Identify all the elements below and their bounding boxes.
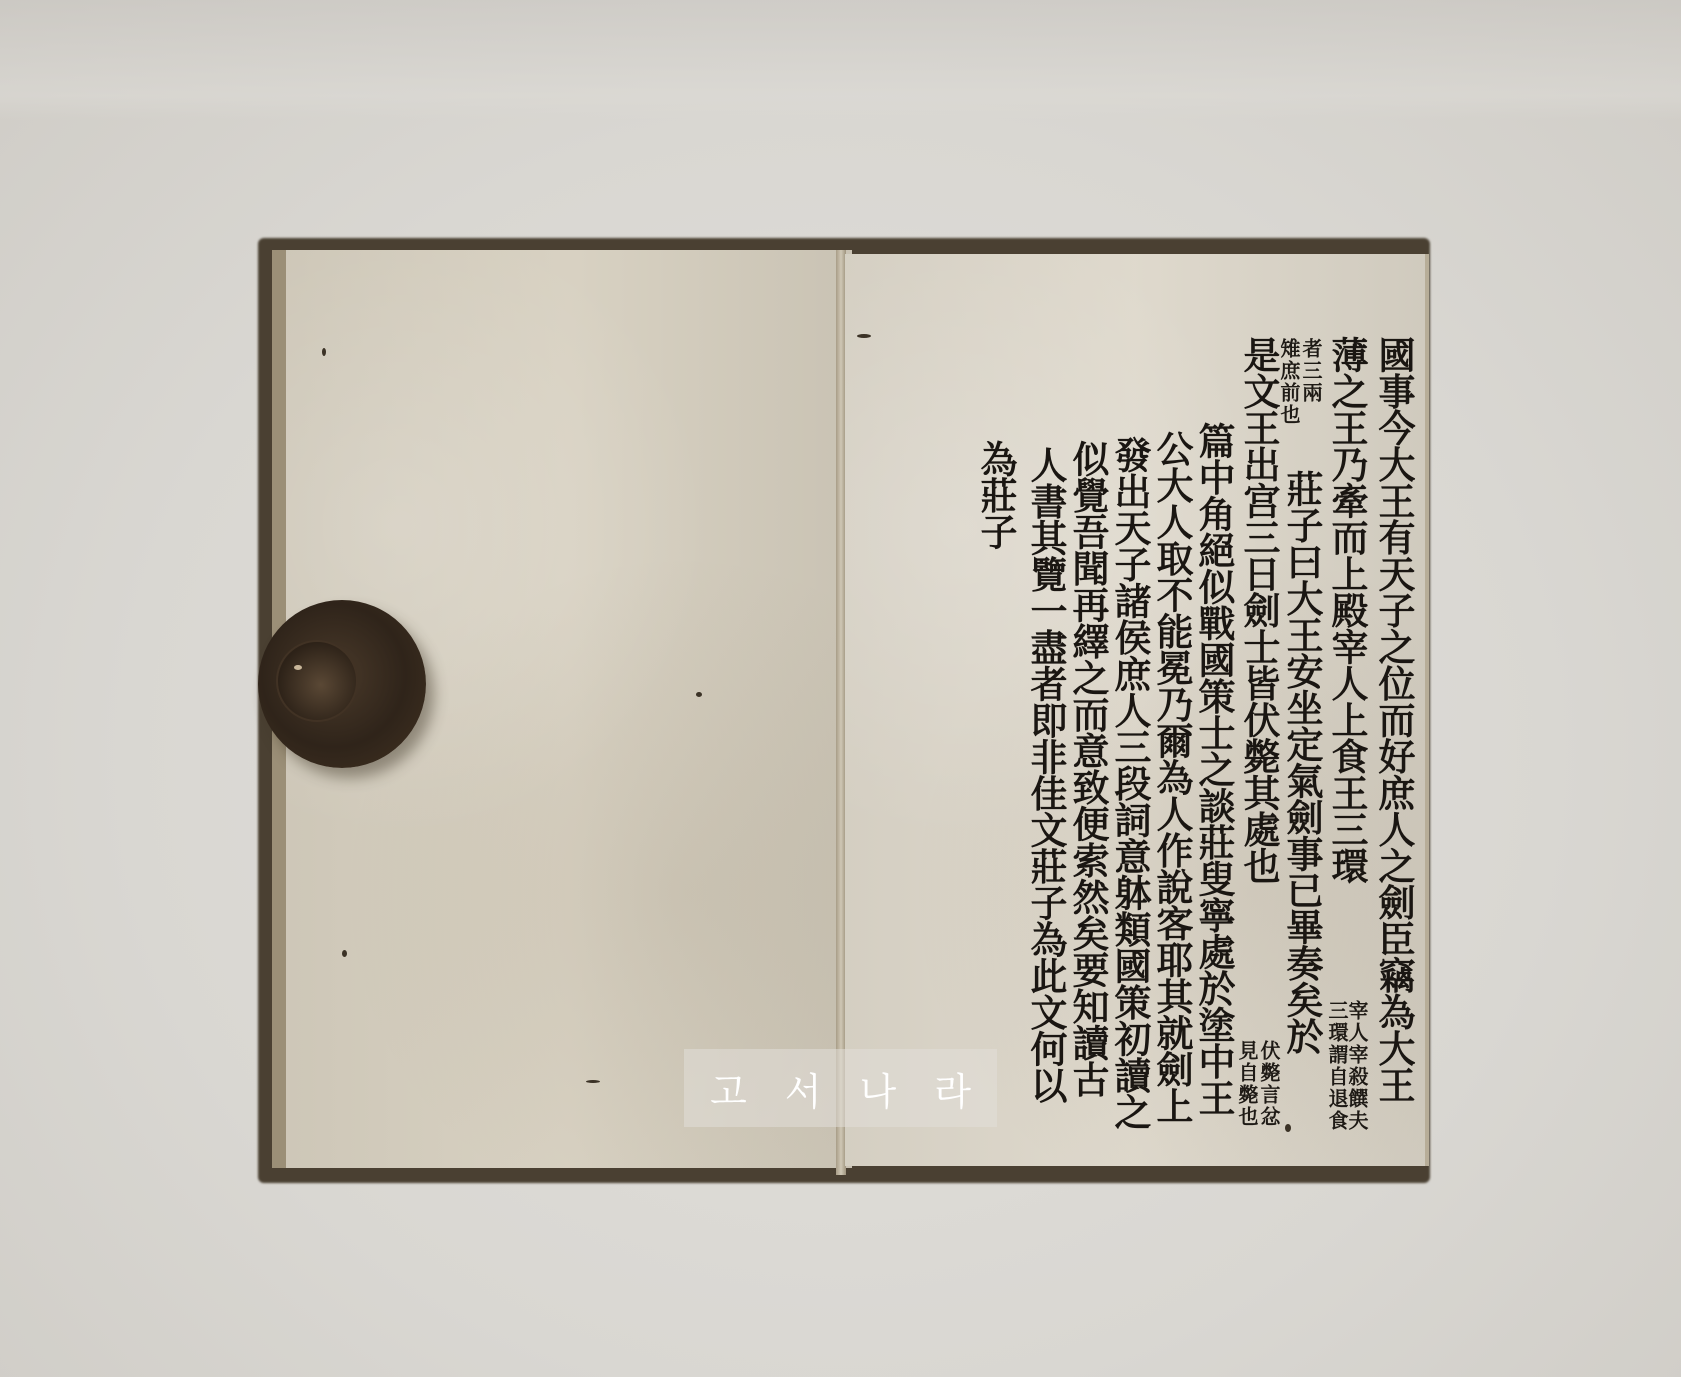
text-column-2: 薄之王乃牽而上殿宰人上食王三環	[1325, 336, 1369, 884]
annotation-2a: 宰人宰殺饌夫	[1346, 1000, 1368, 1132]
paper-speck	[1285, 1124, 1291, 1132]
watermark-text: 고서나라	[710, 1061, 1009, 1116]
annotation-4b: 見自斃也	[1236, 1040, 1258, 1128]
text-column-9: 人書其覽一盡者即非佳文莊子為此文何以	[1024, 446, 1068, 1103]
text-column-5: 篇中角絕似戰國策士之談莊叟寧處於塗中王	[1192, 422, 1236, 1116]
watermark: 고서나라	[684, 1049, 997, 1127]
text-column-3: 莊子曰大王安坐定氣劍事已畢奏矣於	[1280, 470, 1324, 1054]
paper-speck	[696, 692, 702, 697]
paper-speck	[586, 1080, 600, 1083]
annotation-4a: 伏斃言忿	[1258, 1040, 1280, 1128]
brass-book-weight	[258, 600, 426, 768]
weight-highlight	[294, 665, 302, 670]
annotation-3b: 雉庶前也	[1278, 338, 1300, 426]
annotation-3a: 者三兩	[1300, 338, 1322, 404]
paper-speck	[322, 348, 326, 356]
annotation-2b: 三環謂自退食	[1326, 1000, 1348, 1132]
text-column-6: 公大人取不能冕乃爾為人作說客耶其就劍上	[1150, 430, 1194, 1124]
text-column-1: 國事今大王有天子之位而好庶人之劍臣竊為大王	[1372, 336, 1416, 1103]
paper-speck	[342, 950, 347, 957]
text-column-8: 似覺吾聞再繹之而意致便索然矣要知讀古	[1066, 440, 1110, 1097]
text-column-10: 為莊子	[974, 440, 1018, 550]
weight-knob	[276, 640, 358, 722]
paper-speck	[857, 334, 871, 338]
text-column-4: 是文王出宫三日劍士皆伏斃其處也	[1237, 336, 1281, 884]
text-column-7: 發出天子諸侯庶人三段詞意躰類國策初讀之	[1108, 436, 1152, 1130]
background-shadow	[0, 0, 1681, 120]
